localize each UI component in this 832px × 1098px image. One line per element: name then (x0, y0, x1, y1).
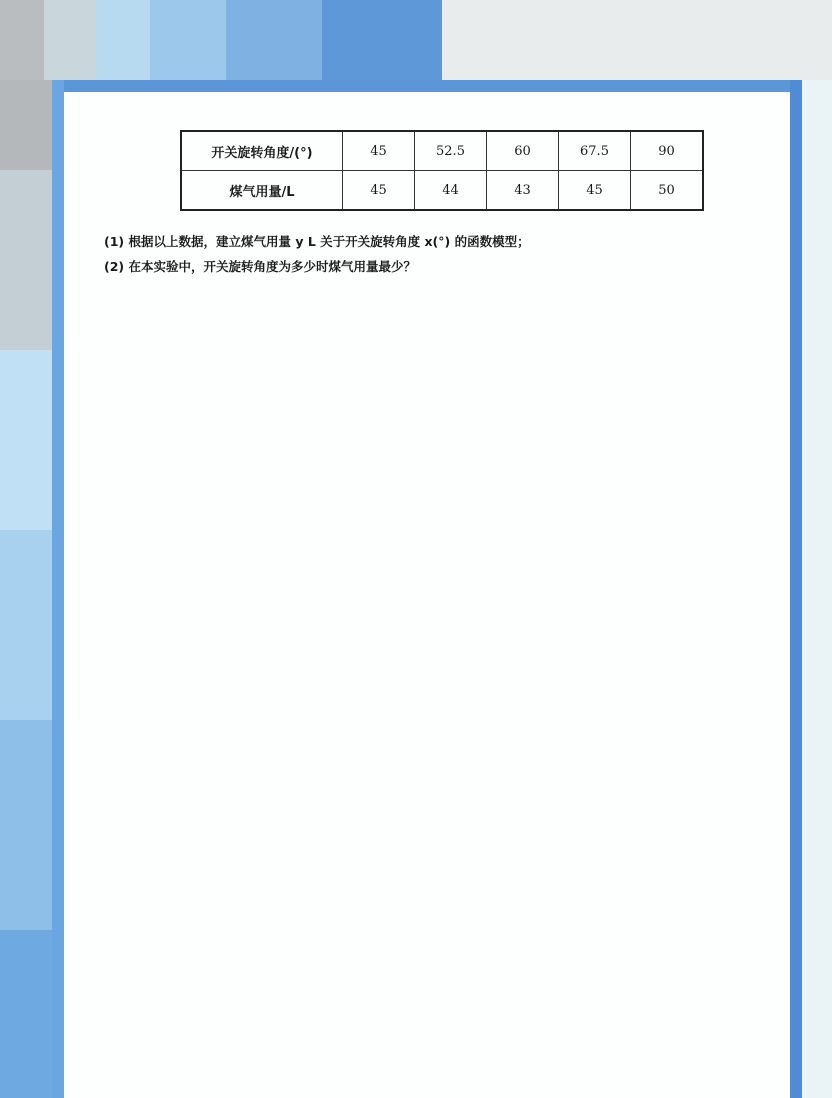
table-cell: 43 (487, 171, 559, 211)
frame-right-border (790, 80, 802, 1098)
decor-block (0, 930, 52, 1098)
decor-block (0, 350, 52, 530)
decor-block (0, 720, 52, 930)
decor-block (226, 0, 322, 80)
row-header: 开关旋转角度/(°) (181, 131, 343, 171)
decor-block (0, 0, 44, 80)
row-header: 煤气用量/L (181, 171, 343, 211)
data-table: 开关旋转角度/(°) 45 52.5 60 67.5 90 煤气用量/L 45 … (180, 130, 704, 211)
table-cell: 90 (631, 131, 704, 171)
table-cell: 45 (559, 171, 631, 211)
decor-block (0, 80, 52, 170)
table-cell: 45 (343, 171, 415, 211)
question-2: (2) 在本实验中，开关旋转角度为多少时煤气用量最少？ (104, 257, 416, 275)
table-cell: 44 (415, 171, 487, 211)
question-1: (1) 根据以上数据，建立煤气用量 y L 关于开关旋转角度 x(°) 的函数模… (104, 232, 530, 250)
decor-block (0, 530, 52, 720)
table-cell: 67.5 (559, 131, 631, 171)
table-cell: 52.5 (415, 131, 487, 171)
right-margin (802, 80, 832, 1098)
decor-block (0, 170, 52, 350)
decor-block (44, 0, 96, 80)
table-row: 煤气用量/L 45 44 43 45 50 (181, 171, 703, 211)
table-cell: 60 (487, 131, 559, 171)
decor-block (442, 0, 832, 80)
table-cell: 45 (343, 131, 415, 171)
decor-block (322, 0, 442, 80)
table-cell: 50 (631, 171, 704, 211)
page-content: 开关旋转角度/(°) 45 52.5 60 67.5 90 煤气用量/L 45 … (64, 92, 790, 1098)
table-row: 开关旋转角度/(°) 45 52.5 60 67.5 90 (181, 131, 703, 171)
decor-block (150, 0, 226, 80)
frame-left-border (52, 80, 64, 1098)
frame-top-border (52, 80, 802, 92)
decor-block (96, 0, 150, 80)
